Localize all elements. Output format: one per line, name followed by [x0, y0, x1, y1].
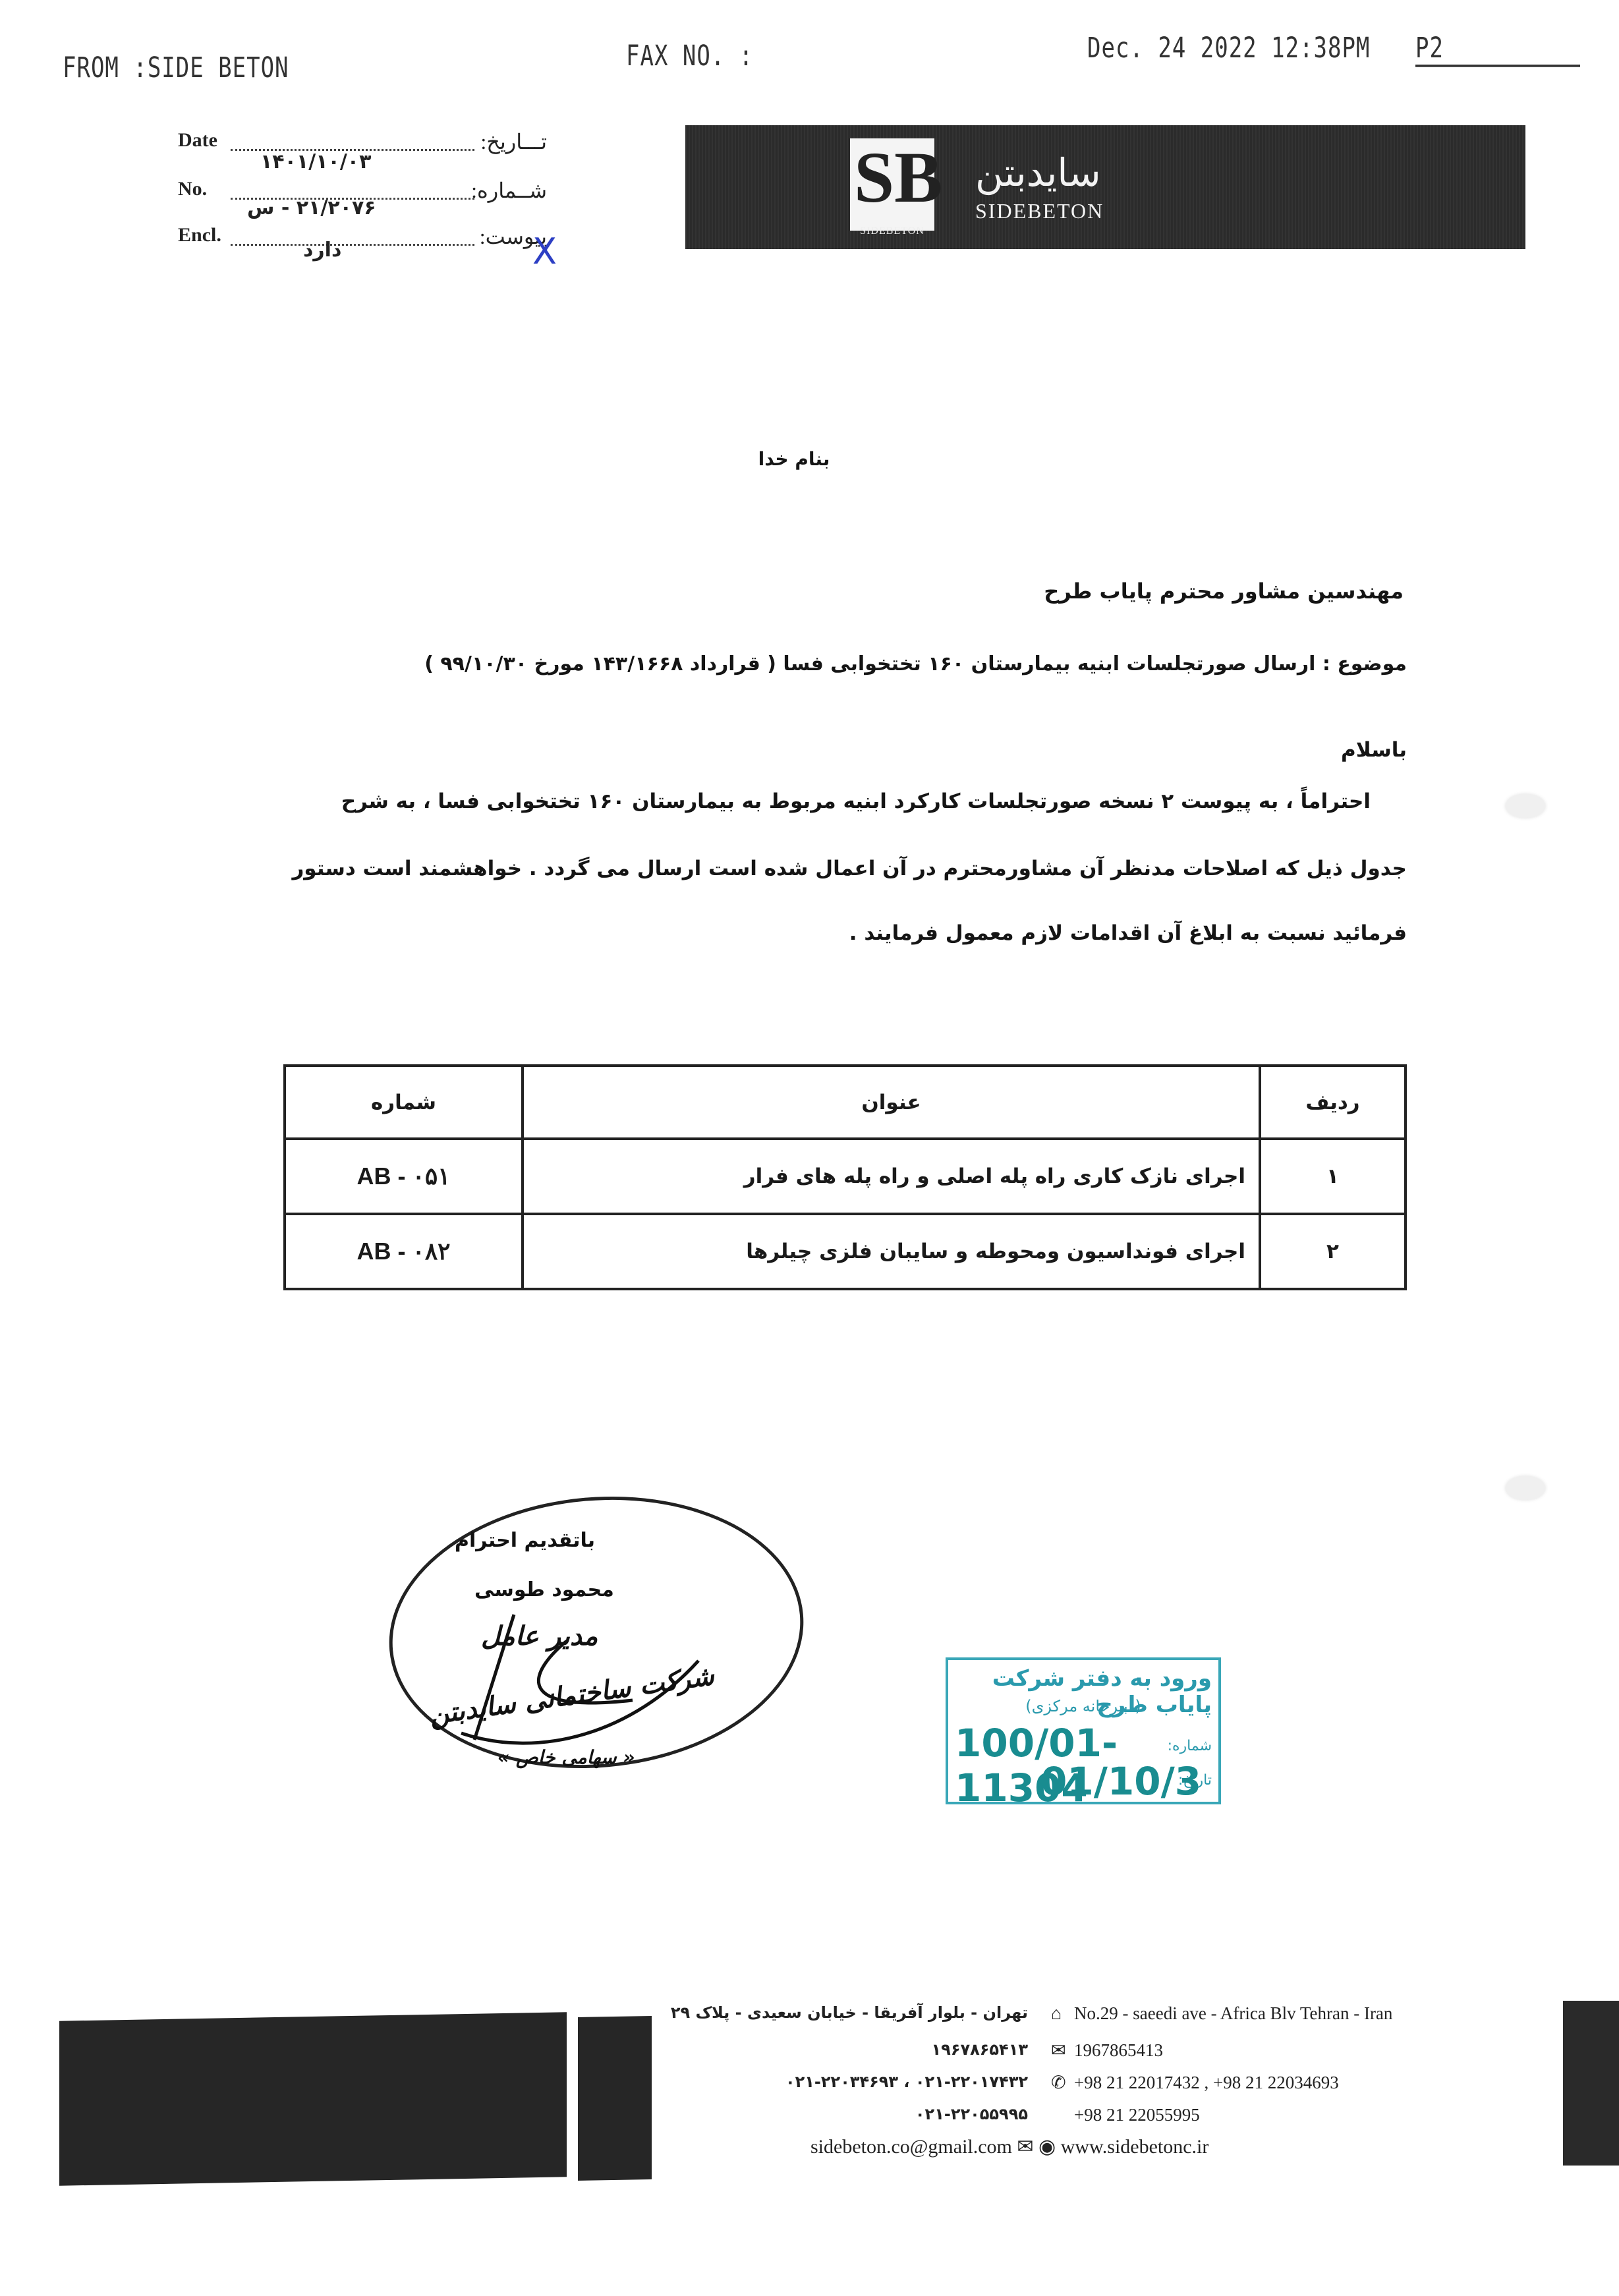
row-title: اجرای نازک کاری راه پله اصلی و راه پله ه… — [523, 1139, 1260, 1214]
footer-postal-row: ۱۹۶۷۸۶۵۴۱۳ ✉ 1967865413 — [659, 2040, 1555, 2067]
logo-caption: SIDEBETON — [850, 225, 934, 237]
footer-postal-en: 1967865413 — [1074, 2040, 1163, 2061]
date-label-fa: تـــاریخ: — [480, 129, 547, 154]
enclosure-check-mark: X — [532, 231, 557, 272]
footer-bar-right — [1563, 2001, 1619, 2166]
footer-bar-mid — [578, 2016, 652, 2181]
signature-scribble-icon — [435, 1601, 712, 1753]
logo-letters: SB — [854, 141, 943, 214]
footer-phones-fa: ۰۲۱-۲۲۰۱۷۴۳۲ ، ۰۲۱-۲۲۰۳۴۶۹۳ — [785, 2073, 1028, 2091]
enclosure-label-en: Encl. — [178, 224, 221, 246]
header-code: شماره — [285, 1066, 523, 1139]
body-line-3: فرمائید نسبت به ابلاغ آن اقدامات لازم مع… — [277, 921, 1407, 945]
footer-fax-row: ۰۲۱-۲۲۰۵۵۹۹۵ +98 21 22055995 — [659, 2105, 1555, 2131]
footer-website[interactable]: www.sidebetonc.ir — [1061, 2136, 1209, 2158]
row-code: AB - ۰۵۱ — [285, 1139, 523, 1214]
fax-number: FAX NO. : — [626, 40, 753, 72]
row-number: ۱ — [1260, 1139, 1406, 1214]
enclosure-value: دارد — [303, 239, 341, 262]
mailbox-icon: ✉ — [1051, 2040, 1066, 2061]
footer-postal-fa: ۱۹۶۷۸۶۵۴۱۳ — [932, 2040, 1028, 2059]
home-icon: ⌂ — [1051, 2003, 1062, 2024]
footer-fax-fa: ۰۲۱-۲۲۰۵۵۹۹۵ — [915, 2105, 1028, 2123]
body-line-1: احتراماً ، به پیوست ۲ نسخه صورتجلسات کار… — [277, 789, 1371, 813]
globe-icon: ◉ — [1038, 2136, 1056, 2158]
closing: باتقدیم احترام — [455, 1529, 595, 1552]
footer-phone-row: ۰۲۱-۲۲۰۱۷۴۳۲ ، ۰۲۱-۲۲۰۳۴۶۹۳ ✆ +98 21 220… — [659, 2073, 1555, 2099]
table-row: ۲ اجرای فونداسیون ومحوطه و سایبان فلزی چ… — [285, 1214, 1406, 1289]
footer-address-row: تهران - بلوار آفریقا - خیابان سعیدی - پل… — [659, 2003, 1555, 2030]
date-label-en: Date — [178, 129, 217, 152]
letterhead-banner: SB SIDEBETON سایدبتن SIDEBETON — [685, 125, 1525, 249]
number-value: ۲۱/۲۰۷۶ - س — [247, 196, 376, 219]
footer-email[interactable]: sidebeton.co@gmail.com — [810, 2136, 1012, 2158]
table-header-row: ردیف عنوان شماره — [285, 1066, 1406, 1139]
fax-datetime: Dec. 24 2022 12:38PM — [1087, 32, 1370, 65]
number-label-en: No. — [178, 178, 207, 200]
fax-page: P2 — [1415, 32, 1580, 67]
signatory-name: محمود طوسی — [474, 1578, 614, 1601]
subject-line: موضوع : ارسال صورتجلسات ابنیه بیمارستان … — [277, 652, 1407, 675]
punch-hole — [1506, 794, 1545, 818]
row-number: ۲ — [1260, 1214, 1406, 1289]
greeting: باسلام — [1120, 738, 1407, 762]
row-code: AB - ۰۸۲ — [285, 1214, 523, 1289]
date-value: ۱۴۰۱/۱۰/۰۳ — [260, 150, 371, 173]
footer-address-fa: تهران - بلوار آفریقا - خیابان سعیدی - پل… — [671, 2003, 1028, 2022]
footer-address-en: No.29 - saeedi ave - Africa Blv Tehran -… — [1074, 2003, 1392, 2024]
number-label-fa: شــماره: — [471, 178, 547, 203]
header-title: عنوان — [523, 1066, 1260, 1139]
row-title: اجرای فونداسیون ومحوطه و سایبان فلزی چیل… — [523, 1214, 1260, 1289]
enclosure-dots — [231, 244, 474, 246]
table-row: ۱ اجرای نازک کاری راه پله اصلی و راه پله… — [285, 1139, 1406, 1214]
invocation: بنام خدا — [725, 448, 863, 470]
stamp-date-value: 01/10/3 — [1040, 1759, 1201, 1804]
enclosure-row: Encl. پیوست: — [178, 224, 547, 264]
phone-icon: ✆ — [1051, 2073, 1066, 2093]
email-icon: ✉ — [1017, 2136, 1038, 2158]
company-logo: SB — [850, 138, 934, 231]
items-table: ردیف عنوان شماره ۱ اجرای نازک کاری راه پ… — [283, 1064, 1407, 1290]
body-line-2: جدول ذیل که اصلاحات مدنظر آن مشاورمحترم … — [277, 857, 1407, 880]
brand-name-fa: سایدبتن — [975, 150, 1101, 195]
brand-name-en: SIDEBETON — [975, 199, 1104, 223]
receipt-stamp: ورود به دفتر شرکت پایاب طرح (دبیرخانه مر… — [946, 1657, 1221, 1804]
footer-fax-en: +98 21 22055995 — [1074, 2105, 1200, 2125]
footer-phones-en: +98 21 22017432 , +98 21 22034693 — [1074, 2073, 1339, 2093]
fax-from: FROM :SIDE BETON — [63, 51, 289, 84]
footer-web-row: sidebeton.co@gmail.com ✉ ◉ www.sidebeton… — [810, 2135, 1208, 2162]
punch-hole — [1506, 1476, 1545, 1500]
stamp-subtitle: (دبیرخانه مرکزی) — [948, 1697, 1218, 1715]
footer-bar-left — [59, 2012, 567, 2185]
header-row-number: ردیف — [1260, 1066, 1406, 1139]
recipient: مهندسین مشاور محترم پایاب طرح — [857, 579, 1404, 604]
